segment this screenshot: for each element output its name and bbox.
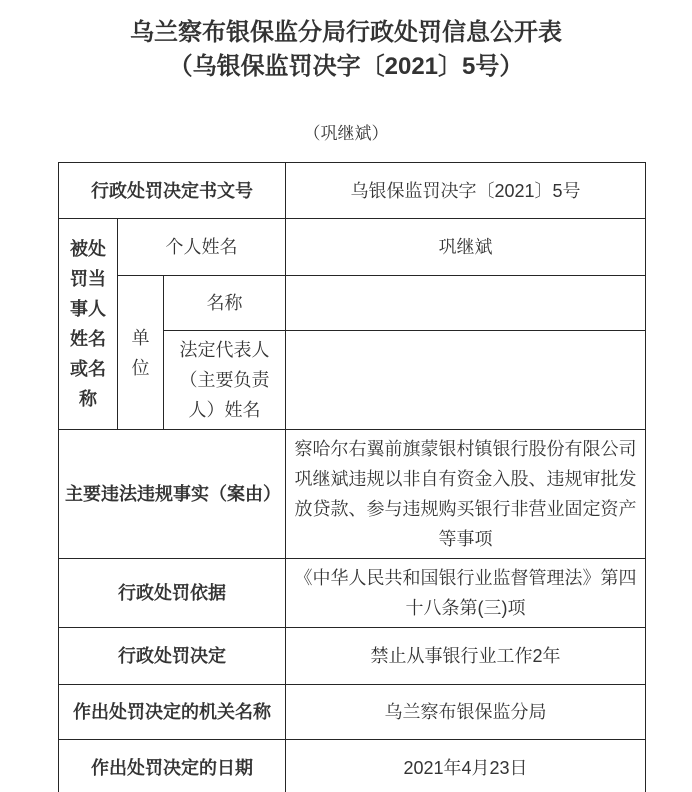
document-title: 乌兰察布银保监分局行政处罚信息公开表 （乌银保监罚决字〔2021〕5号） — [0, 16, 692, 84]
document-title-line2: （乌银保监罚决字〔2021〕5号） — [0, 50, 692, 84]
facts-value: 察哈尔右翼前旗蒙银村镇银行股份有限公司巩继斌违规以非自有资金入股、违规审批发放贷… — [286, 430, 646, 559]
document-title-line1: 乌兰察布银保监分局行政处罚信息公开表 — [0, 16, 692, 50]
individual-name-label: 个人姓名 — [118, 219, 286, 276]
row-doc-number: 行政处罚决定书文号 乌银保监罚决字〔2021〕5号 — [59, 163, 646, 219]
row-basis: 行政处罚依据 《中华人民共和国银行业监督管理法》第四十八条第(三)项 — [59, 559, 646, 628]
doc-number-value: 乌银保监罚决字〔2021〕5号 — [286, 163, 646, 219]
unit-name-label: 名称 — [164, 276, 286, 331]
penalty-table: 行政处罚决定书文号 乌银保监罚决字〔2021〕5号 被处罚当事人姓名或名称 个人… — [58, 162, 646, 792]
row-decision: 行政处罚决定 禁止从事银行业工作2年 — [59, 628, 646, 685]
row-authority: 作出处罚决定的机关名称 乌兰察布银保监分局 — [59, 685, 646, 740]
person-note: （巩继斌） — [0, 122, 692, 146]
legal-rep-value — [286, 331, 646, 430]
decision-label: 行政处罚决定 — [59, 628, 286, 685]
penalty-disclosure-document: 乌兰察布银保监分局行政处罚信息公开表 （乌银保监罚决字〔2021〕5号） （巩继… — [0, 16, 692, 792]
legal-rep-label: 法定代表人（主要负责人）姓名 — [164, 331, 286, 430]
decision-date-label: 作出处罚决定的日期 — [59, 740, 286, 792]
decision-date-value: 2021年4月23日 — [286, 740, 646, 792]
basis-value: 《中华人民共和国银行业监督管理法》第四十八条第(三)项 — [286, 559, 646, 628]
row-individual-name: 被处罚当事人姓名或名称 个人姓名 巩继斌 — [59, 219, 646, 276]
row-facts: 主要违法违规事实（案由） 察哈尔右翼前旗蒙银村镇银行股份有限公司巩继斌违规以非自… — [59, 430, 646, 559]
authority-value: 乌兰察布银保监分局 — [286, 685, 646, 740]
unit-label: 单位 — [118, 276, 164, 430]
authority-label: 作出处罚决定的机关名称 — [59, 685, 286, 740]
row-decision-date: 作出处罚决定的日期 2021年4月23日 — [59, 740, 646, 792]
individual-name-value: 巩继斌 — [286, 219, 646, 276]
basis-label: 行政处罚依据 — [59, 559, 286, 628]
doc-number-label: 行政处罚决定书文号 — [59, 163, 286, 219]
decision-value: 禁止从事银行业工作2年 — [286, 628, 646, 685]
party-group-label: 被处罚当事人姓名或名称 — [59, 219, 118, 430]
facts-label: 主要违法违规事实（案由） — [59, 430, 286, 559]
row-unit-name: 单位 名称 — [59, 276, 646, 331]
unit-name-value — [286, 276, 646, 331]
